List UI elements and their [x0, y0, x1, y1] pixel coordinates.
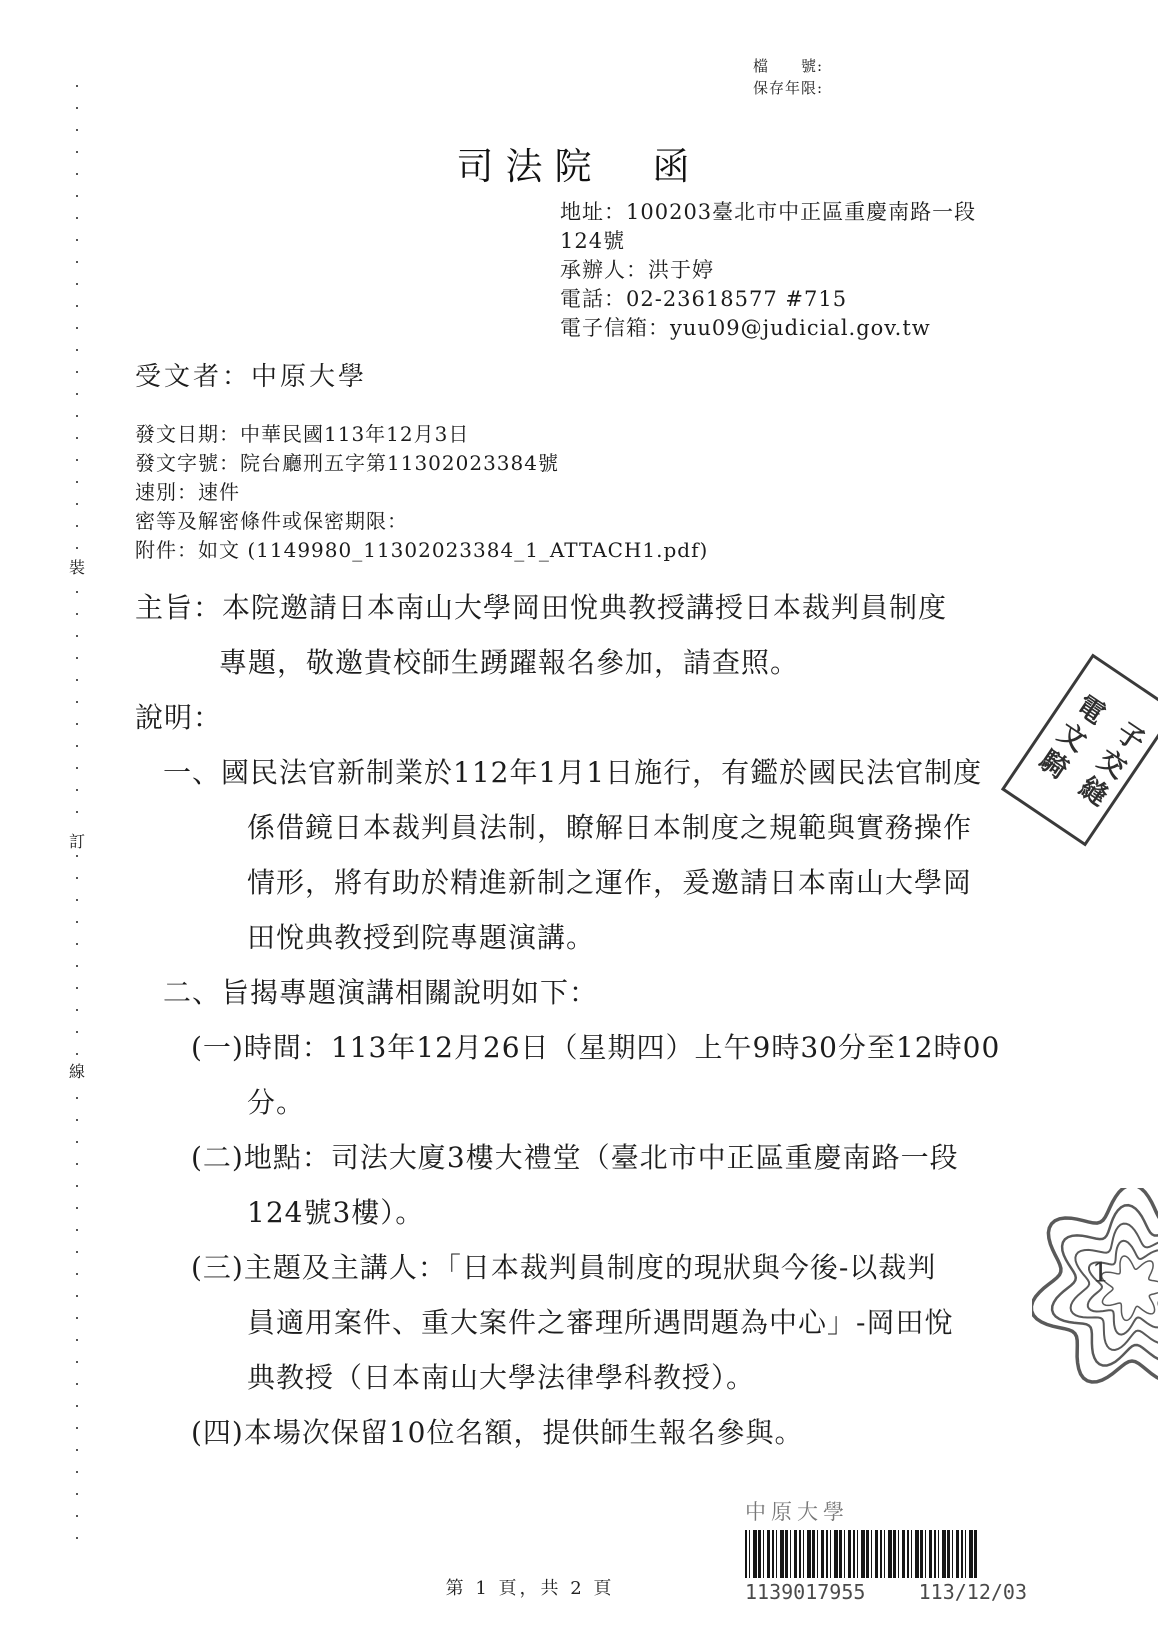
sender-info-line: 承辦人：洪于婷 [560, 256, 976, 285]
sender-info: 地址：100203臺北市中正區重慶南路一段124號承辦人：洪于婷電話：02-23… [560, 198, 976, 343]
meta-line: 附件：如文 (1149980_11302023384_1_ATTACH1.pdf… [135, 536, 708, 565]
file-number-label: 檔 號: [753, 55, 823, 77]
sender-info-line: 124號 [560, 227, 976, 256]
letter-body: 主旨：本院邀請日本南山大學岡田悅典教授講授日本裁判員制度專題，敬邀貴校師生踴躍報… [135, 585, 1075, 1465]
meta-line: 發文日期：中華民國113年12月3日 [135, 420, 708, 449]
body-line: 田悅典教授到院專題演講。 [135, 915, 1075, 970]
sender-info-line: 電話：02-23618577 #715 [560, 285, 976, 314]
official-letter-page: 檔 號: 保存年限: 司法院 函 地址：100203臺北市中正區重慶南路一段12… [0, 0, 1158, 1649]
meta-line: 發文字號：院台廳刑五字第11302023384號 [135, 449, 708, 478]
body-line: 一、國民法官新制業於112年1月1日施行，有鑑於國民法官制度 [135, 750, 1075, 805]
body-line: 分。 [135, 1080, 1075, 1135]
body-line: 說明： [135, 695, 1075, 750]
body-line: (一)時間：113年12月26日（星期四）上午9時30分至12時00 [135, 1025, 1075, 1080]
body-line: 124號3樓）。 [135, 1190, 1075, 1245]
barcode-block: 中原大學 1139017955 113/12/03 [745, 1496, 1035, 1604]
barcode-recipient-label: 中原大學 [745, 1496, 1035, 1526]
body-line: 典教授（日本南山大學法律學科教授）。 [135, 1355, 1075, 1410]
binding-margin-label: 裝 [66, 552, 88, 581]
body-line: (二)地點：司法大廈3樓大禮堂（臺北市中正區重慶南路一段 [135, 1135, 1075, 1190]
retention-period-label: 保存年限: [753, 77, 823, 99]
binding-margin-label: 線 [66, 1056, 88, 1085]
document-title: 司法院 函 [0, 136, 1158, 190]
body-line: 員適用案件、重大案件之審理所遇問題為中心」-岡田悅 [135, 1300, 1075, 1355]
sender-info-line: 地址：100203臺北市中正區重慶南路一段 [560, 198, 976, 227]
meta-line: 密等及解密條件或保密期限： [135, 507, 708, 536]
seal-page-number: 1 [1092, 1258, 1109, 1289]
body-line: 專題，敬邀貴校師生踴躍報名參加，請查照。 [135, 640, 1075, 695]
recipient-line: 受文者：中原大學 [135, 356, 367, 393]
barcode-serial-number: 1139017955 [745, 1580, 865, 1604]
body-line: (三)主題及主講人：「日本裁判員制度的現狀與今後-以裁判 [135, 1245, 1075, 1300]
archive-labels: 檔 號: 保存年限: [753, 55, 823, 99]
body-line: (四)本場次保留10位名額，提供師生報名參與。 [135, 1410, 1075, 1465]
page-number-footer: 第 1 頁，共 2 頁 [400, 1574, 660, 1600]
binding-margin-label: 訂 [66, 826, 88, 855]
flower-seal-ring [1071, 1224, 1158, 1350]
barcode-date: 113/12/03 [919, 1580, 1027, 1604]
body-line: 係借鏡日本裁判員法制，瞭解日本制度之規範與實務操作 [135, 805, 1075, 860]
meta-line: 速別：速件 [135, 478, 708, 507]
barcode-icon [745, 1530, 977, 1578]
sender-info-line: 電子信箱：yuu09@judicial.gov.tw [560, 314, 976, 343]
barcode-numbers: 1139017955 113/12/03 [745, 1580, 1027, 1604]
body-line: 二、旨揭專題演講相關說明如下： [135, 970, 1075, 1025]
binding-dotted-line [76, 85, 78, 1545]
body-line: 情形，將有助於精進新制之運作，爰邀請日本南山大學岡 [135, 860, 1075, 915]
document-meta: 發文日期：中華民國113年12月3日發文字號：院台廳刑五字第1130202338… [135, 420, 708, 565]
body-line: 主旨：本院邀請日本南山大學岡田悅典教授講授日本裁判員制度 [135, 585, 1075, 640]
